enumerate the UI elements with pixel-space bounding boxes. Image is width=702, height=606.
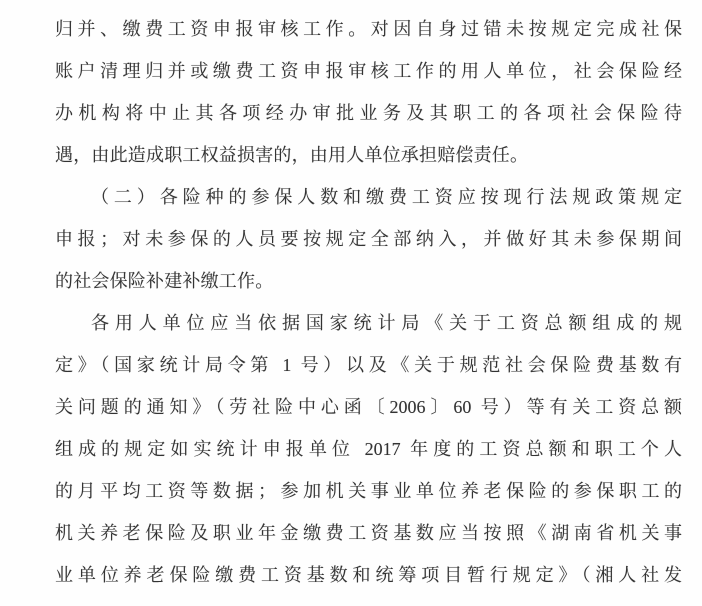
paragraph: 归并、缴费工资申报审核工作。对因自身过错未按规定完成社保 账户清理归并或缴费工资… [55, 8, 682, 176]
document-page: 归并、缴费工资申报审核工作。对因自身过错未按规定完成社保 账户清理归并或缴费工资… [0, 0, 702, 606]
text-line: 关问题的通知》（劳社险中心函〔2006〕60 号）等有关工资总额 [55, 386, 682, 428]
text-line: 业单位养老保险缴费工资基数和统筹项目暂行规定》（湘人社发 [55, 554, 682, 596]
text-line: 办机构将中止其各项经办审批业务及其职工的各项社会保险待 [55, 92, 682, 134]
text-line: 的社会保险补建补缴工作。 [55, 260, 682, 302]
text-line: 申报；对未参保的人员要按规定全部纳入，并做好其未参保期间 [55, 218, 682, 260]
text-line: 账户清理归并或缴费工资申报审核工作的用人单位，社会保险经 [55, 50, 682, 92]
paragraph: 各用人单位应当依据国家统计局《关于工资总额组成的规 定》（国家统计局令第 1 号… [55, 302, 682, 596]
text-line: 定》（国家统计局令第 1 号）以及《关于规范社会保险费基数有 [55, 344, 682, 386]
text-line: （二）各险种的参保人数和缴费工资应按现行法规政策规定 [55, 176, 682, 218]
text-line: 组成的规定如实统计申报单位 2017 年度的工资总额和职工个人 [55, 428, 682, 470]
text-line: 归并、缴费工资申报审核工作。对因自身过错未按规定完成社保 [55, 8, 682, 50]
text-line: 各用人单位应当依据国家统计局《关于工资总额组成的规 [55, 302, 682, 344]
paragraph: （二）各险种的参保人数和缴费工资应按现行法规政策规定 申报；对未参保的人员要按规… [55, 176, 682, 302]
text-line: 遇，由此造成职工权益损害的，由用人单位承担赔偿责任。 [55, 134, 682, 176]
text-line: 的月平均工资等数据；参加机关事业单位养老保险的参保职工的 [55, 470, 682, 512]
text-line: 机关养老保险及职业年金缴费工资基数应当按照《湖南省机关事 [55, 512, 682, 554]
